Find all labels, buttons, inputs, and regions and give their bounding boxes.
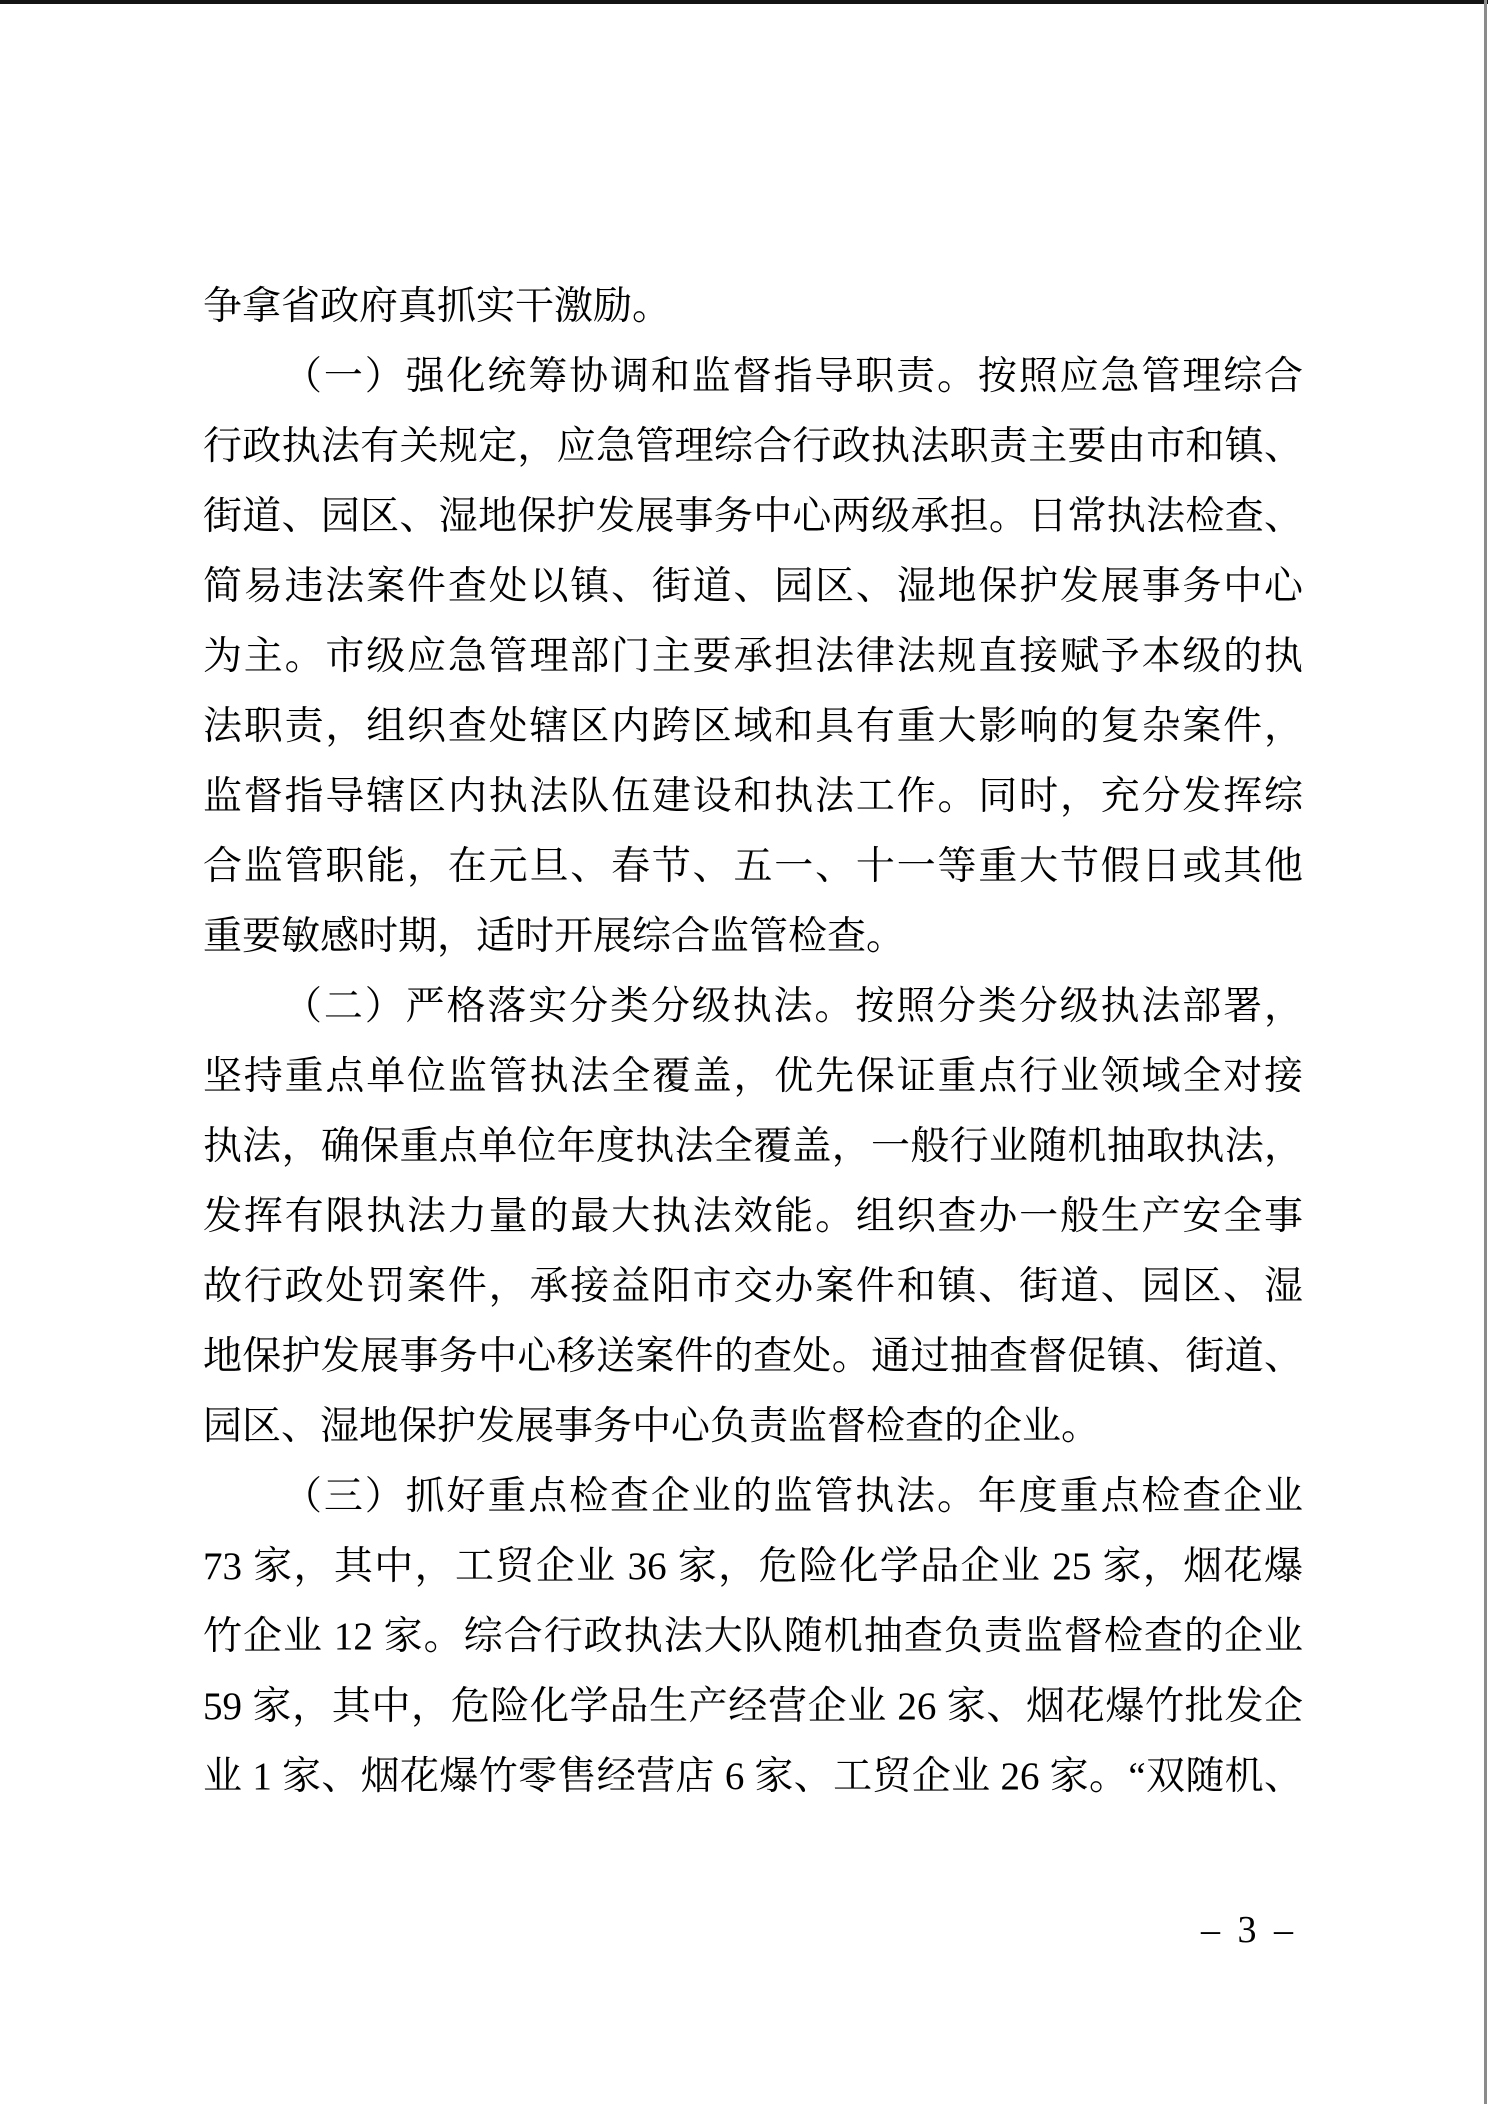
text-line: 73 家，其中，工贸企业 36 家，危险化学品企业 25 家，烟花爆 (203, 1532, 1303, 1602)
text-line: 行政执法有关规定，应急管理综合行政执法职责主要由市和镇、 (203, 412, 1303, 482)
text-line: 执法，确保重点单位年度执法全覆盖，一般行业随机抽取执法， (203, 1112, 1303, 1182)
page-right-edge (1484, 0, 1487, 2104)
text-line: 地保护发展事务中心移送案件的查处。通过抽查督促镇、街道、 (203, 1322, 1303, 1392)
text-line: 发挥有限执法力量的最大执法效能。组织查办一般生产安全事 (203, 1182, 1303, 1252)
text-line: （一）强化统筹协调和监督指导职责。按照应急管理综合 (203, 342, 1303, 412)
window-top-edge (0, 0, 1488, 4)
text-line: 监督指导辖区内执法队伍建设和执法工作。同时，充分发挥综 (203, 762, 1303, 832)
text-line: （三）抓好重点检查企业的监管执法。年度重点检查企业 (203, 1462, 1303, 1532)
text-line: 故行政处罚案件，承接益阳市交办案件和镇、街道、园区、湿 (203, 1252, 1303, 1322)
document-body: 争拿省政府真抓实干激励。（一）强化统筹协调和监督指导职责。按照应急管理综合行政执… (203, 272, 1303, 1812)
text-line: 合监管职能，在元旦、春节、五一、十一等重大节假日或其他 (203, 832, 1303, 902)
document-page: 争拿省政府真抓实干激励。（一）强化统筹协调和监督指导职责。按照应急管理综合行政执… (0, 0, 1488, 2104)
text-line: 街道、园区、湿地保护发展事务中心两级承担。日常执法检查、 (203, 482, 1303, 552)
text-line: （二）严格落实分类分级执法。按照分类分级执法部署， (203, 972, 1303, 1042)
text-line: 争拿省政府真抓实干激励。 (203, 272, 1303, 342)
text-line: 59 家，其中，危险化学品生产经营企业 26 家、烟花爆竹批发企 (203, 1672, 1303, 1742)
text-line: 园区、湿地保护发展事务中心负责监督检查的企业。 (203, 1392, 1303, 1462)
text-line: 坚持重点单位监管执法全覆盖，优先保证重点行业领域全对接 (203, 1042, 1303, 1112)
page-number: – 3 – (1201, 1908, 1297, 1952)
text-line: 重要敏感时期，适时开展综合监管检查。 (203, 902, 1303, 972)
text-line: 竹企业 12 家。综合行政执法大队随机抽查负责监督检查的企业 (203, 1602, 1303, 1672)
text-line: 为主。市级应急管理部门主要承担法律法规直接赋予本级的执 (203, 622, 1303, 692)
text-line: 法职责，组织查处辖区内跨区域和具有重大影响的复杂案件， (203, 692, 1303, 762)
text-line: 简易违法案件查处以镇、街道、园区、湿地保护发展事务中心 (203, 552, 1303, 622)
text-line: 业 1 家、烟花爆竹零售经营店 6 家、工贸企业 26 家。“双随机、 (203, 1742, 1303, 1812)
